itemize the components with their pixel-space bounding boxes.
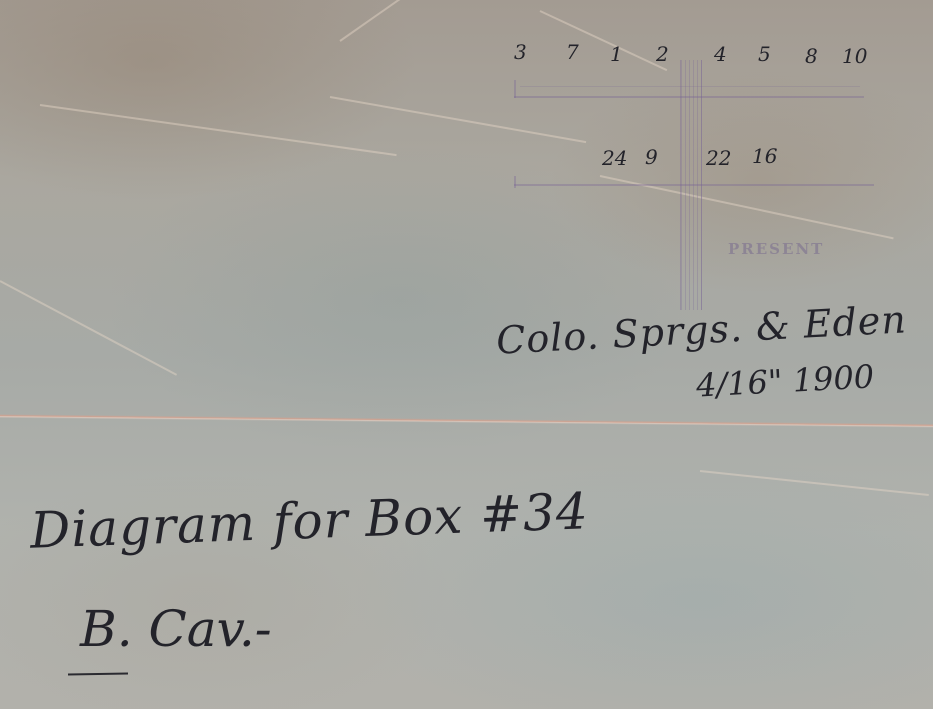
form-vertical-bar [680,60,702,310]
paper-wrinkle [40,104,397,156]
form-line-middle-tick [514,176,516,188]
form-number: 24 [602,146,627,170]
form-number: 4 [714,42,727,66]
form-number: 3 [514,40,527,64]
document-title: Diagram for Box #34 [29,482,589,559]
subtitle-underline [68,672,128,675]
document-page: PRESENT 3 7 1 2 4 5 8 10 24 9 22 16 Colo… [0,0,933,709]
form-line-left-tick [514,80,516,98]
document-subtitle: B. Cav.- [80,600,272,658]
paper-wrinkle [700,470,929,496]
present-stamp: PRESENT [728,240,824,258]
form-number: 10 [842,44,867,68]
paper-wrinkle [339,0,406,42]
paper-wrinkle [330,96,586,143]
fold-crease [0,414,933,428]
form-number: 2 [656,42,669,66]
form-number: 5 [758,42,771,66]
date-annotation: 4/16" 1900 [695,357,875,404]
form-number: 16 [752,144,777,168]
form-number: 7 [566,40,579,64]
form-number: 9 [645,145,658,169]
form-number: 8 [805,44,818,68]
paper-wrinkle [540,10,668,71]
form-number: 22 [706,146,731,170]
paper-wrinkle [0,280,177,376]
form-number: 1 [610,42,623,66]
location-annotation: Colo. Sprgs. & Eden [495,297,908,362]
